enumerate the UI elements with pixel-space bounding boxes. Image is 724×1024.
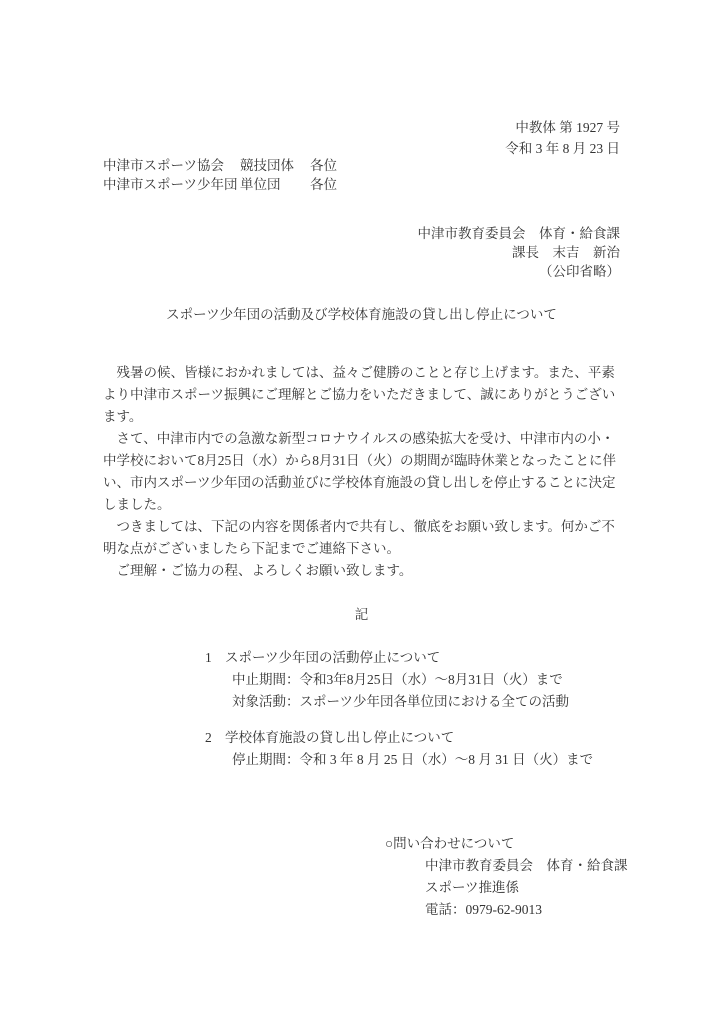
recipient-group: 競技団体: [240, 156, 310, 175]
item-number: 2: [205, 727, 225, 749]
body-line: しました。: [103, 494, 624, 516]
contact-block: ○問い合わせについて 中津市教育委員会 体育・給食課 スポーツ推進係 電話：09…: [385, 833, 628, 921]
body-line: 中学校において8月25日（水）から8月31日（火）の期間が臨時休業となったことに…: [103, 450, 624, 472]
body-line: つきましては、下記の内容を関係者内で共有し、徹底をお願い致します。何かご不: [103, 516, 624, 538]
body-line: より中津市スポーツ振興にご理解とご協力をいただきまして、誠にありがとうござい: [103, 384, 624, 406]
recipient-row: 中津市スポーツ少年団 単位団 各位: [103, 175, 337, 194]
item-details: 中止期間：令和3年8月25日（水）～8月31日（火）まで 対象活動：スポーツ少年…: [232, 669, 593, 713]
sender-seal-note: （公印省略）: [418, 262, 621, 281]
sender-department: 中津市教育委員会 体育・給食課: [418, 224, 621, 243]
item-details: 停止期間：令和 3 年 8 月 25 日（水）～8 月 31 日（火）まで: [232, 749, 593, 771]
doc-number: 中教体 第 1927 号: [505, 117, 620, 138]
recipient-org: 中津市スポーツ少年団: [103, 175, 240, 194]
record-marker: 記: [103, 608, 620, 622]
recipient-honorific: 各位: [310, 175, 337, 194]
item-heading: スポーツ少年団の活動停止について: [225, 647, 440, 669]
contact-line: 中津市教育委員会 体育・給食課: [425, 855, 628, 877]
sender-block: 中津市教育委員会 体育・給食課 課長 末吉 新治 （公印省略）: [418, 224, 621, 281]
doc-date: 令和 3 年 8 月 23 日: [505, 138, 620, 159]
recipient-group: 単位団: [240, 175, 310, 194]
contact-line: 電話：0979-62-9013: [425, 899, 628, 921]
body-line: 明な点がございましたら下記までご連絡下さい。: [103, 538, 624, 560]
document-title: スポーツ少年団の活動及び学校体育施設の貸し出し停止について: [103, 308, 620, 322]
item-heading-row: 1 スポーツ少年団の活動停止について: [205, 647, 593, 669]
item-detail: 中止期間：令和3年8月25日（水）～8月31日（火）まで: [232, 669, 593, 691]
item-number: 1: [205, 647, 225, 669]
item-detail: 対象活動：スポーツ少年団各単位団における全ての活動: [232, 691, 593, 713]
body-line: ます。: [103, 406, 624, 428]
item-heading: 学校体育施設の貸し出し停止について: [225, 727, 454, 749]
document-header: 中教体 第 1927 号 令和 3 年 8 月 23 日: [505, 117, 620, 159]
sender-signer: 課長 末吉 新治: [418, 243, 621, 262]
recipient-honorific: 各位: [310, 156, 337, 175]
list-item: 1 スポーツ少年団の活動停止について 中止期間：令和3年8月25日（水）～8月3…: [205, 647, 593, 713]
contact-line: スポーツ推進係: [425, 877, 628, 899]
recipient-block: 中津市スポーツ協会 競技団体 各位 中津市スポーツ少年団 単位団 各位: [103, 156, 337, 194]
list-item: 2 学校体育施設の貸し出し停止について 停止期間：令和 3 年 8 月 25 日…: [205, 727, 593, 771]
item-list: 1 スポーツ少年団の活動停止について 中止期間：令和3年8月25日（水）～8月3…: [205, 647, 593, 785]
contact-lines: 中津市教育委員会 体育・給食課 スポーツ推進係 電話：0979-62-9013: [385, 855, 628, 921]
recipient-org: 中津市スポーツ協会: [103, 156, 240, 175]
document-page: 中教体 第 1927 号 令和 3 年 8 月 23 日 中津市スポーツ協会 競…: [0, 0, 724, 1024]
body-line: さて、中津市内での急激な新型コロナウイルスの感染拡大を受け、中津市内の小・: [103, 428, 624, 450]
item-heading-row: 2 学校体育施設の貸し出し停止について: [205, 727, 593, 749]
contact-heading: ○問い合わせについて: [385, 833, 628, 855]
body-line: 残暑の候、皆様におかれましては、益々ご健勝のことと存じ上げます。また、平素: [103, 362, 624, 384]
recipient-row: 中津市スポーツ協会 競技団体 各位: [103, 156, 337, 175]
item-detail: 停止期間：令和 3 年 8 月 25 日（水）～8 月 31 日（火）まで: [232, 749, 593, 771]
body-line: ご理解・ご協力の程、よろしくお願い致します。: [103, 560, 624, 582]
body-line: い、市内スポーツ少年団の活動並びに学校体育施設の貸し出しを停止することに決定: [103, 472, 624, 494]
body-text: 残暑の候、皆様におかれましては、益々ご健勝のことと存じ上げます。また、平素 より…: [103, 362, 624, 582]
